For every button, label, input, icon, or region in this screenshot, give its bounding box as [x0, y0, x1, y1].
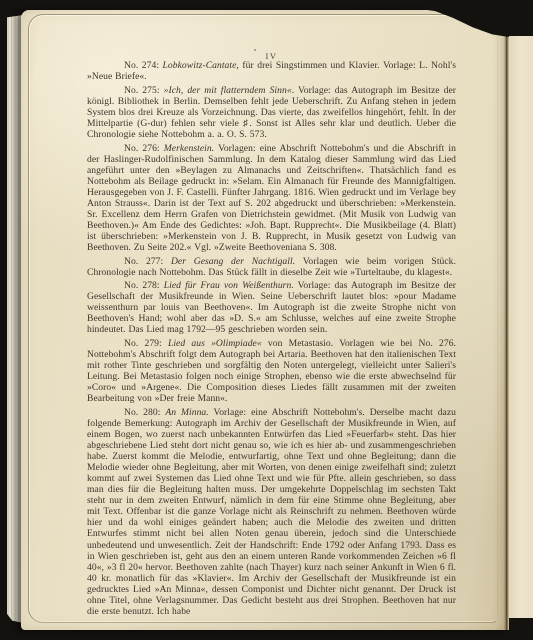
entry-279: No. 279: Lied aus »Olimpiade« von Metast… [87, 338, 456, 404]
paper-speck [254, 49, 256, 51]
entry-text: Vorlage: eine Abschrift Nottebohm's. Der… [87, 407, 456, 617]
work-title: An Minna. [165, 407, 208, 418]
entry-text: No. 274: [124, 60, 163, 71]
work-title: Der Gesang der Nachtigall. [171, 256, 295, 267]
entry-text: No. 276: [124, 143, 164, 154]
entry-text: No. 277: [124, 256, 171, 267]
work-title: Lied für Frau von Weißenthurn. [164, 280, 294, 291]
text-block: No. 274: Lobkowitz-Cantate, für drei Sin… [87, 60, 456, 617]
entry-text: No. 279: [124, 338, 168, 349]
entry-274: No. 274: Lobkowitz-Cantate, für drei Sin… [87, 60, 456, 82]
work-title: »Ich, der mit flatterndem Sinn« [164, 85, 292, 96]
entry-text: No. 280: [124, 407, 165, 418]
scanned-book-page: IV No. 274: Lobkowitz-Cantate, für drei … [0, 0, 533, 640]
entry-text: No. 278: [124, 280, 164, 291]
entry-275: No. 275: »Ich, der mit flatterndem Sinn«… [87, 85, 456, 140]
work-title: Lobkowitz-Cantate [163, 60, 237, 71]
entry-278: No. 278: Lied für Frau von Weißenthurn. … [87, 280, 456, 335]
entry-text: Vorlagen: eine Abschrift Nottebohm's und… [87, 143, 456, 253]
entry-277: No. 277: Der Gesang der Nachtigall. Vorl… [87, 256, 456, 278]
entry-text: No. 275: [124, 85, 164, 96]
work-title: Lied aus »Olimpiade« [168, 338, 262, 349]
facing-page-edge [509, 36, 533, 618]
entry-280: No. 280: An Minna. Vorlage: eine Abschri… [87, 407, 456, 617]
entry-276: No. 276: Merkenstein. Vorlagen: eine Abs… [87, 143, 456, 253]
work-title: Merkenstein. [164, 143, 214, 154]
book-page: IV No. 274: Lobkowitz-Cantate, für drei … [21, 10, 508, 630]
